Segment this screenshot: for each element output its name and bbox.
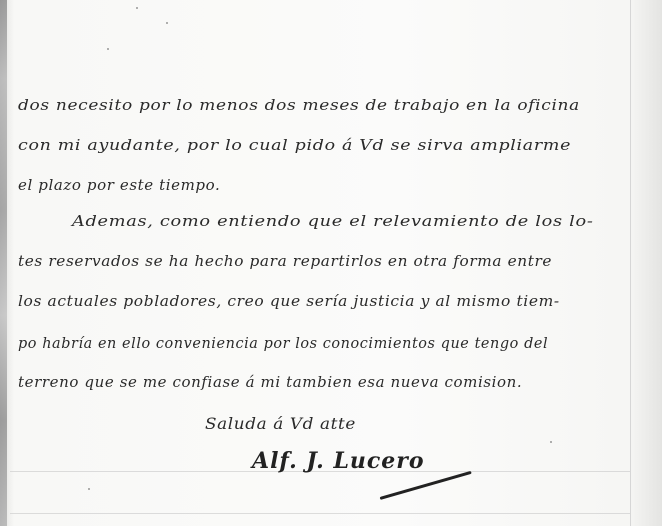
- ink-speck: [107, 48, 109, 50]
- page-binding-edge: [0, 0, 7, 526]
- faint-ruled-line: [10, 513, 630, 514]
- letter-line-5: tes reservados se ha hecho para repartir…: [18, 252, 552, 270]
- closing-salutation: Saluda á Vd atte: [205, 414, 356, 433]
- letter-line-8: terreno que se me confiase á mi tambien …: [18, 373, 522, 391]
- letter-line-7: po habría en ello conveniencia por los c…: [18, 334, 548, 352]
- letter-line-4: Ademas, como entiendo que el relevamient…: [72, 212, 594, 230]
- scanned-page: dos necesito por lo menos dos meses de t…: [0, 0, 662, 526]
- signature: Alf. J. Lucero: [252, 448, 425, 474]
- letter-line-6: los actuales pobladores, creo que sería …: [18, 292, 560, 310]
- ink-speck: [88, 488, 90, 490]
- letter-line-3: el plazo por este tiempo.: [18, 176, 220, 194]
- ink-speck: [166, 22, 168, 24]
- page-fold-line: [630, 0, 631, 526]
- letter-line-1: dos necesito por lo menos dos meses de t…: [18, 96, 580, 114]
- signature-flourish: [380, 471, 472, 500]
- ink-speck: [550, 441, 552, 443]
- letter-line-2: con mi ayudante, por lo cual pido á Vd s…: [18, 136, 571, 154]
- ink-speck: [136, 7, 138, 9]
